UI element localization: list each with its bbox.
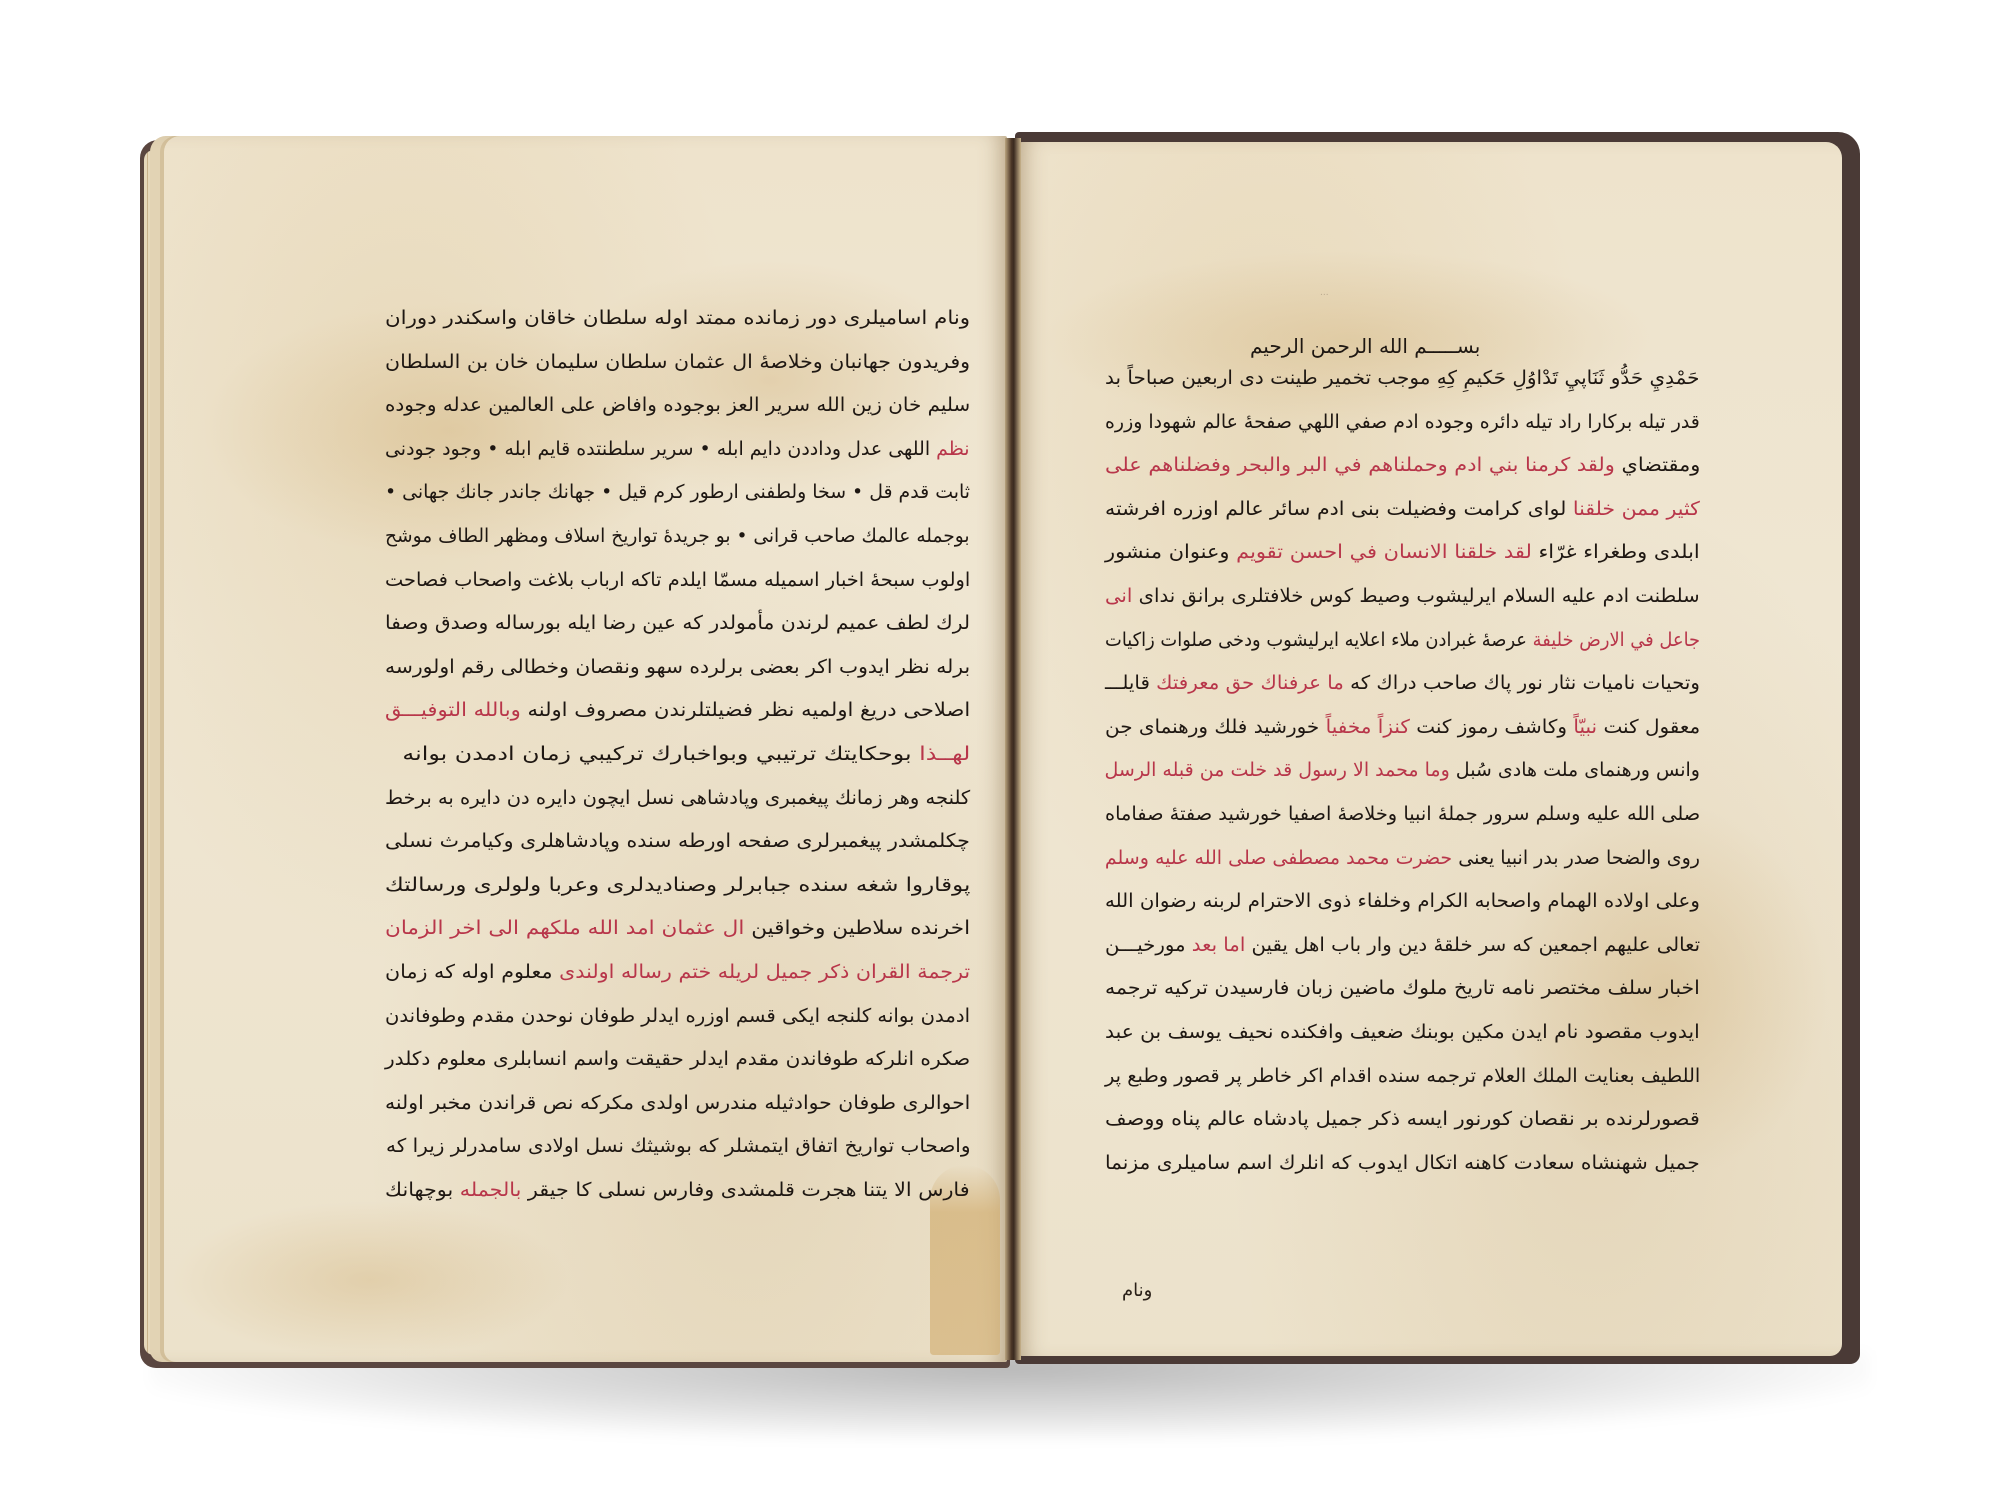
body-text: واصحاب تواريخ اتفاق ايتمشلر كه بوشيثك نس… [386,1135,970,1157]
body-text: اللهى عدل وداددن دايم ابله • سرير سلطنتد… [385,438,936,460]
text-line: قصورلرنده بر نقصان كورنور ايسه ذكر جميل … [1105,1107,1700,1131]
body-text: صلى الله عليه وسلم سرور جملهٔ انبيا وخلا… [1105,803,1700,825]
body-text: وتحيات ناميات نثار نور پاك صاحب دراك كه [1344,672,1700,694]
water-stain [170,1200,570,1360]
text-line: كثير ممن خلقنا لواى كرامت وفضيلت بنى ادم… [1105,497,1700,521]
catchword: ونام [1122,1280,1152,1301]
body-text: خورشيد فلك ورهنماى جن [1105,716,1326,738]
text-line: چكلمشدر پيغمبرلرى صفحه اورطه سنده وپادشا… [385,829,970,853]
text-line: ومقتضاي ولقد كرمنا بني ادم وحملناهم في ا… [1105,453,1700,477]
rubric-text: وما محمد الا رسول قد خلت من قبله الرسل [1105,759,1450,781]
text-line: تعالى عليهم اجمعين كه سر خلقهٔ دين وار ب… [1105,933,1700,957]
body-text: معقول كنت [1597,716,1700,738]
text-line: نظم اللهى عدل وداددن دايم ابله • سرير سل… [385,437,970,461]
body-text: روى والضحا صدر بدر انبيا يعنى [1452,847,1700,869]
text-line: احوالرى طوفان حوادثيله مندرس اولدى مكركه… [385,1091,970,1115]
text-line: اخبار سلف مختصر نامه تاريخ ملوك ماضين زب… [1105,976,1700,1000]
text-line: اللطيف بعنايت الملك العلام ترجمه سنده اق… [1105,1064,1700,1088]
body-text: اللطيف بعنايت الملك العلام ترجمه سنده اق… [1105,1065,1700,1087]
body-text: ايدوب مقصود نام ايدن مكين بوبنك ضعيف واف… [1105,1021,1700,1043]
rubric-text: لقد خلقنا الانسان في احسن تقويم [1236,541,1532,563]
text-line: صلى الله عليه وسلم سرور جملهٔ انبيا وخلا… [1105,802,1700,826]
text-line: اصلاحى دريغ اولميه نظر فضيلتلرندن مصروف … [385,698,970,722]
body-text: اخرنده سلاطين وخواقين [744,917,970,939]
text-line: وانس ورهنماى ملت هادى سُبل وما محمد الا … [1105,758,1700,782]
text-line: ابلدى وطغراء غرّاء لقد خلقنا الانسان في … [1105,540,1700,564]
body-text: كلنجه وهر زمانك پيغمبرى وپادشاهى نسل ايچ… [385,787,970,809]
right-page-text: حَمْدِيِ حَدُّو ثَنَاپيِ تَدْاوُلِ حَكيم… [1100,366,1700,1206]
body-text: ونام اسامیلری دور زمانده ممتد اوله سلطان… [385,307,970,329]
text-line: وتحيات ناميات نثار نور پاك صاحب دراك كه … [1105,671,1700,695]
body-text: بوجمله عالمك صاحب قرانى • بو جريدهٔ توار… [385,525,970,547]
body-text: ثابت قدم قل • سخا ولطفنى ارطور كرم قيل •… [385,481,970,503]
text-line: سليم خان زين الله سرير العز بوجوده وافاض… [385,393,970,417]
basmala-heading: بســـــم الله الرحمن الرحيم [1250,334,1480,358]
body-text: چكلمشدر پيغمبرلرى صفحه اورطه سنده وپادشا… [385,830,970,852]
body-text: لواى كرامت وفضيلت بنى ادم سائر عالم اوزر… [1105,498,1573,520]
text-line: صكره انلركه طوفاندن مقدم ايدلر حقيقت واس… [385,1047,970,1071]
rubric-text: حضرت محمد مصطفى صلى الله عليه وسلم [1105,847,1452,869]
body-text: مورخيـــن [1105,934,1192,956]
rubric-text: ترجمة القران ذكر جميل لريله ختم رساله او… [559,961,970,983]
text-line: ترجمة القران ذكر جميل لريله ختم رساله او… [385,960,970,984]
text-line: ايدوب مقصود نام ايدن مكين بوبنك ضعيف واف… [1105,1020,1700,1044]
body-text: حَمْدِيِ حَدُّو ثَنَاپيِ تَدْاوُلِ حَكيم… [1105,367,1700,389]
body-text: تعالى عليهم اجمعين كه سر خلقهٔ دين وار ب… [1245,934,1700,956]
text-line: ثابت قدم قل • سخا ولطفنى ارطور كرم قيل •… [385,480,970,504]
body-text: قدر تيله بركارا راد تيله دائره وجوده ادم… [1105,411,1700,433]
text-line: ونام اسامیلری دور زمانده ممتد اوله سلطان… [385,306,970,330]
rubric-text: نظم [937,438,970,460]
text-line: وعلى اولاده الهمام واصحابه الكرام وخلفاء… [1105,889,1700,913]
body-text: اخبار سلف مختصر نامه تاريخ ملوك ماضين زب… [1105,977,1700,999]
body-text: فارس الا يتنا هجرت قلمشدى وفارس نسلى كا … [522,1179,970,1201]
body-text: وعنوان منشور [1105,541,1236,563]
text-line: قدر تيله بركارا راد تيله دائره وجوده ادم… [1105,410,1700,434]
text-line: سلطنت ادم عليه السلام ايرليشوب وصيط كوس … [1105,584,1700,608]
text-line: جاعل في الارض خليفة عرصهٔ غبرادن ملاء اع… [1105,628,1700,652]
text-line: ادمدن بوانه كلنجه ايكى قسم اوزره ايدلر ط… [385,1004,970,1028]
text-line: حَمْدِيِ حَدُّو ثَنَاپيِ تَدْاوُلِ حَكيم… [1105,366,1700,390]
body-text: وفريدون جهانبان وخلاصهٔ ال عثمان سلطان س… [385,351,970,373]
body-text: معلوم اوله كه زمان [385,961,559,983]
text-line: لرك لطف عميم لرندن مأمولدر كه عين رضا اي… [385,611,970,635]
body-text: ابلدى وطغراء غرّاء [1532,541,1700,563]
body-text: بوحكايتك ترتيبي وبواخبارك تركيبي زمان اد… [402,743,919,765]
body-text: قايلـــ [1105,672,1156,694]
body-text: پوقاروا شغه سنده جبابرلر وصناديدلرى وعرب… [385,874,970,896]
body-text: اصلاحى دريغ اولميه نظر فضيلتلرندن مصروف … [521,699,970,721]
body-text: برله نظر ايدوب اكر بعضى برلرده سهو ونقصا… [385,656,970,678]
text-line: لهــذا بوحكايتك ترتيبي وبواخبارك تركيبي … [402,742,970,766]
rubric-text: جاعل في الارض خليفة [1533,629,1700,651]
rubric-text: كنزاً مخفياً [1325,716,1409,738]
book-spine-gutter [1005,138,1021,1360]
text-line: كلنجه وهر زمانك پيغمبرى وپادشاهى نسل ايچ… [385,786,970,810]
rubric-text: انى [1105,585,1132,607]
rubric-text: وبالله التوفيـــق [385,699,521,721]
body-text: عرصهٔ غبرادن ملاء اعلايه ايرليشوب ودخى ص… [1105,629,1533,651]
text-line: پوقاروا شغه سنده جبابرلر وصناديدلرى وعرب… [385,873,970,897]
rubric-text: كثير ممن خلقنا [1573,498,1700,520]
text-line: فارس الا يتنا هجرت قلمشدى وفارس نسلى كا … [385,1178,970,1202]
text-line: اخرنده سلاطين وخواقين ال عثمان امد الله … [385,916,970,940]
body-text: لرك لطف عميم لرندن مأمولدر كه عين رضا اي… [385,612,970,634]
rubric-text: ولقد كرمنا بني ادم وحملناهم في البر والب… [1105,454,1615,476]
text-line: اولوب سبحهٔ اخبار اسميله مسمّا ايلدم تاك… [385,568,970,592]
body-text: ومقتضاي [1615,454,1700,476]
body-text: سلطنت ادم عليه السلام ايرليشوب وصيط كوس … [1133,585,1700,607]
text-line: واصحاب تواريخ اتفاق ايتمشلر كه بوشيثك نس… [386,1134,970,1158]
body-text: بوچهانك [385,1179,460,1201]
left-page-text: ونام اسامیلری دور زمانده ممتد اوله سلطان… [380,306,970,1206]
body-text: احوالرى طوفان حوادثيله مندرس اولدى مكركه… [385,1092,970,1114]
text-line: معقول كنت نبيّاً وكاشف رموز كنت كنزاً مخ… [1105,715,1700,739]
text-line: بوجمله عالمك صاحب قرانى • بو جريدهٔ توار… [385,524,970,548]
body-text: ادمدن بوانه كلنجه ايكى قسم اوزره ايدلر ط… [385,1005,970,1027]
body-text: جميل شهنشاه سعادت كاهنه اتكال ايدوب كه ا… [1105,1152,1700,1174]
rubric-text: نبيّاً [1573,716,1597,738]
rubric-text: ال عثمان امد الله ملكهم الى اخر الزمان [385,917,744,939]
text-line: برله نظر ايدوب اكر بعضى برلرده سهو ونقصا… [385,655,970,679]
rubric-text: لهــذا [919,743,970,765]
rubric-text: ما عرفناك حق معرفتك [1156,672,1344,694]
text-line: جميل شهنشاه سعادت كاهنه اتكال ايدوب كه ا… [1105,1151,1700,1175]
text-line: وفريدون جهانبان وخلاصهٔ ال عثمان سلطان س… [385,350,970,374]
body-text: صكره انلركه طوفاندن مقدم ايدلر حقيقت واس… [385,1048,970,1070]
body-text: وانس ورهنماى ملت هادى سُبل [1450,759,1700,781]
text-line: روى والضحا صدر بدر انبيا يعنى حضرت محمد … [1105,846,1700,870]
margin-mark: ... [1320,288,1329,298]
body-text: وعلى اولاده الهمام واصحابه الكرام وخلفاء… [1105,890,1700,912]
rubric-text: بالجمله [460,1179,522,1201]
rubric-text: اما بعد [1192,934,1246,956]
body-text: سليم خان زين الله سرير العز بوجوده وافاض… [385,394,970,416]
body-text: اولوب سبحهٔ اخبار اسميله مسمّا ايلدم تاك… [385,569,970,591]
body-text: قصورلرنده بر نقصان كورنور ايسه ذكر جميل … [1105,1108,1700,1130]
body-text: وكاشف رموز كنت [1410,716,1574,738]
